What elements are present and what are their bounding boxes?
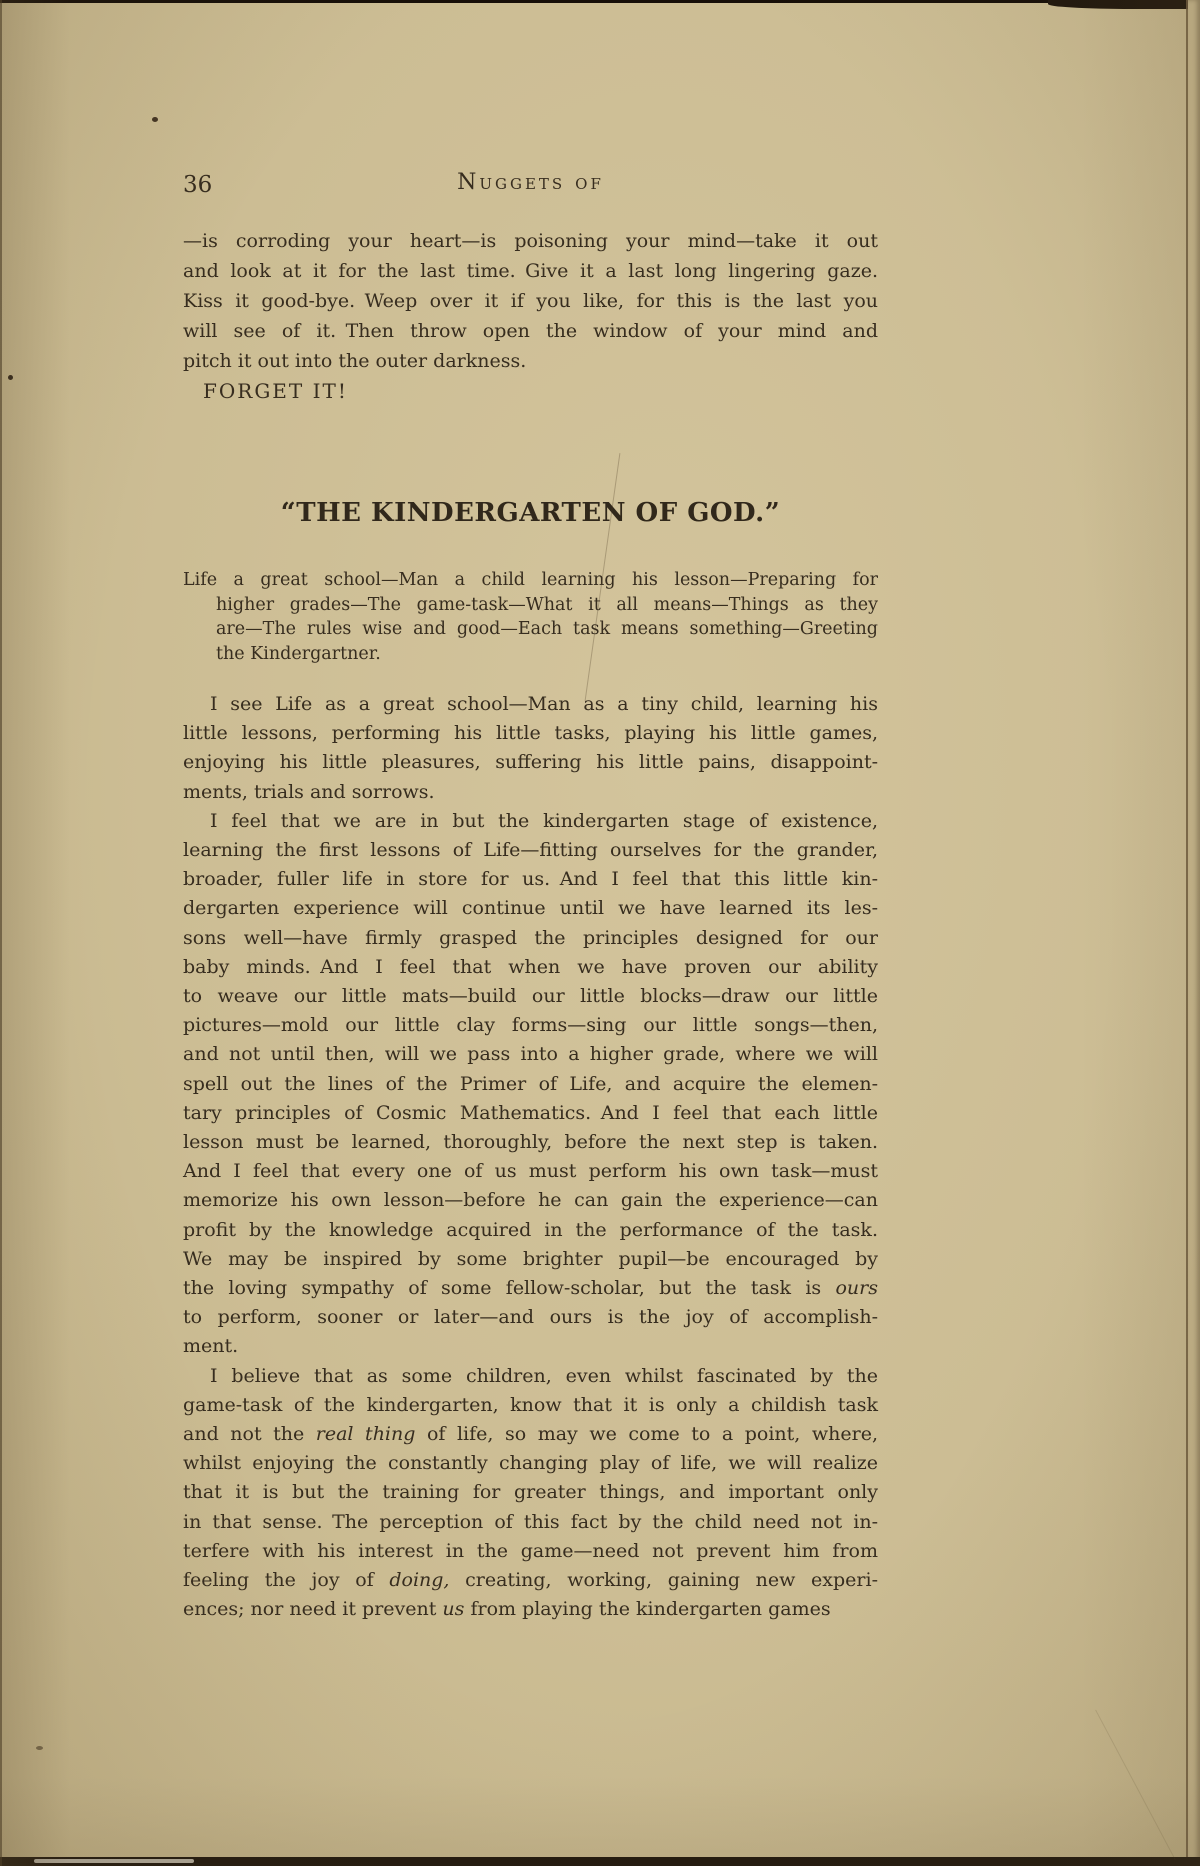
intro-paragraph: —is corroding your heart—is poisoning yo… [183, 226, 878, 406]
body-paragraph: I believe that as some children, even wh… [183, 1362, 878, 1625]
text-line: broader, fuller life in store for us. An… [183, 865, 878, 894]
chapter-synopsis: Life a great school—Man a child learning… [183, 568, 878, 666]
intro-paragraph-lines: —is corroding your heart—is poisoning yo… [183, 226, 878, 376]
text-line: learning the first lessons of Life—fitti… [183, 836, 878, 865]
text-line: in that sense. The perception of this fa… [183, 1508, 878, 1537]
text-line: dergarten experience will continue until… [183, 894, 878, 923]
text-line: to weave our little mats—build our littl… [183, 982, 878, 1011]
text-line: pictures—mold our little clay forms—sing… [183, 1011, 878, 1040]
scan-bottom-highlight [34, 1859, 194, 1863]
body-text: I see Life as a great school—Man as a ti… [183, 690, 878, 1625]
text-line: that it is but the training for greater … [183, 1478, 878, 1507]
text-line: little lessons, performing his little ta… [183, 719, 878, 748]
forget-it-line: FORGET IT! [183, 376, 878, 406]
paper-speck [8, 375, 13, 380]
text-line: And I feel that every one of us must per… [183, 1157, 878, 1186]
body-paragraph: I feel that we are in but the kindergart… [183, 807, 878, 1362]
text-line: ments, trials and sorrows. [183, 778, 878, 807]
text-line: feeling the joy of doing, creating, work… [183, 1566, 878, 1595]
text-line: profit by the knowledge acquired in the … [183, 1216, 878, 1245]
text-line: Kiss it good-bye. Weep over it if you li… [183, 286, 878, 316]
text-line: terfere with his interest in the game—ne… [183, 1537, 878, 1566]
text-line: ment. [183, 1332, 878, 1361]
text-line: and not until then, will we pass into a … [183, 1040, 878, 1069]
text-line: the Kindergartner. [183, 642, 878, 667]
text-line: I feel that we are in but the kindergart… [183, 807, 878, 836]
text-line: —is corroding your heart—is poisoning yo… [183, 226, 878, 256]
paper-speck [36, 1746, 43, 1750]
page-header: 36 Nuggets of [183, 170, 878, 200]
text-line: sons well—have firmly grasped the princi… [183, 924, 878, 953]
text-line: We may be inspired by some brighter pupi… [183, 1245, 878, 1274]
text-line: enjoying his little pleasures, suffering… [183, 748, 878, 777]
text-line: Life a great school—Man a child learning… [183, 568, 878, 593]
text-line: to perform, sooner or later—and ours is … [183, 1303, 878, 1332]
text-line: and look at it for the last time. Give i… [183, 256, 878, 286]
page-right-edge-strip [1188, 0, 1200, 1866]
scan-top-edge [0, 0, 1200, 3]
paper-speck [152, 117, 158, 122]
chapter-heading: “THE KINDERGARTEN OF GOD.” [183, 498, 878, 528]
text-line: tary principles of Cosmic Mathematics. A… [183, 1099, 878, 1128]
text-line: ences; nor need it prevent us from playi… [183, 1595, 878, 1624]
scan-top-right-shadow [1048, 0, 1200, 9]
text-line: game-task of the kindergarten, know that… [183, 1391, 878, 1420]
text-line: spell out the lines of the Primer of Lif… [183, 1070, 878, 1099]
scanned-book-page: 36 Nuggets of —is corroding your heart—i… [0, 0, 1200, 1866]
text-line: pitch it out into the outer darkness. [183, 346, 878, 376]
text-line: lesson must be learned, thoroughly, befo… [183, 1128, 878, 1157]
text-line: the loving sympathy of some fellow-schol… [183, 1274, 878, 1303]
scan-left-edge [0, 0, 2, 1866]
text-line: will see of it. Then throw open the wind… [183, 316, 878, 346]
body-paragraph: I see Life as a great school—Man as a ti… [183, 690, 878, 807]
scan-scratch [1095, 1710, 1176, 1861]
text-line: baby minds. And I feel that when we have… [183, 953, 878, 982]
text-line: memorize his own lesson—before he can ga… [183, 1186, 878, 1215]
text-line: higher grades—The game-task—What it all … [183, 593, 878, 618]
text-line: are—The rules wise and good—Each task me… [183, 617, 878, 642]
running-head: Nuggets of [183, 170, 878, 195]
text-line: I believe that as some children, even wh… [183, 1362, 878, 1391]
page-number: 36 [183, 172, 212, 198]
text-line: whilst enjoying the constantly changing … [183, 1449, 878, 1478]
text-line: I see Life as a great school—Man as a ti… [183, 690, 878, 719]
text-line: and not the real thing of life, so may w… [183, 1420, 878, 1449]
